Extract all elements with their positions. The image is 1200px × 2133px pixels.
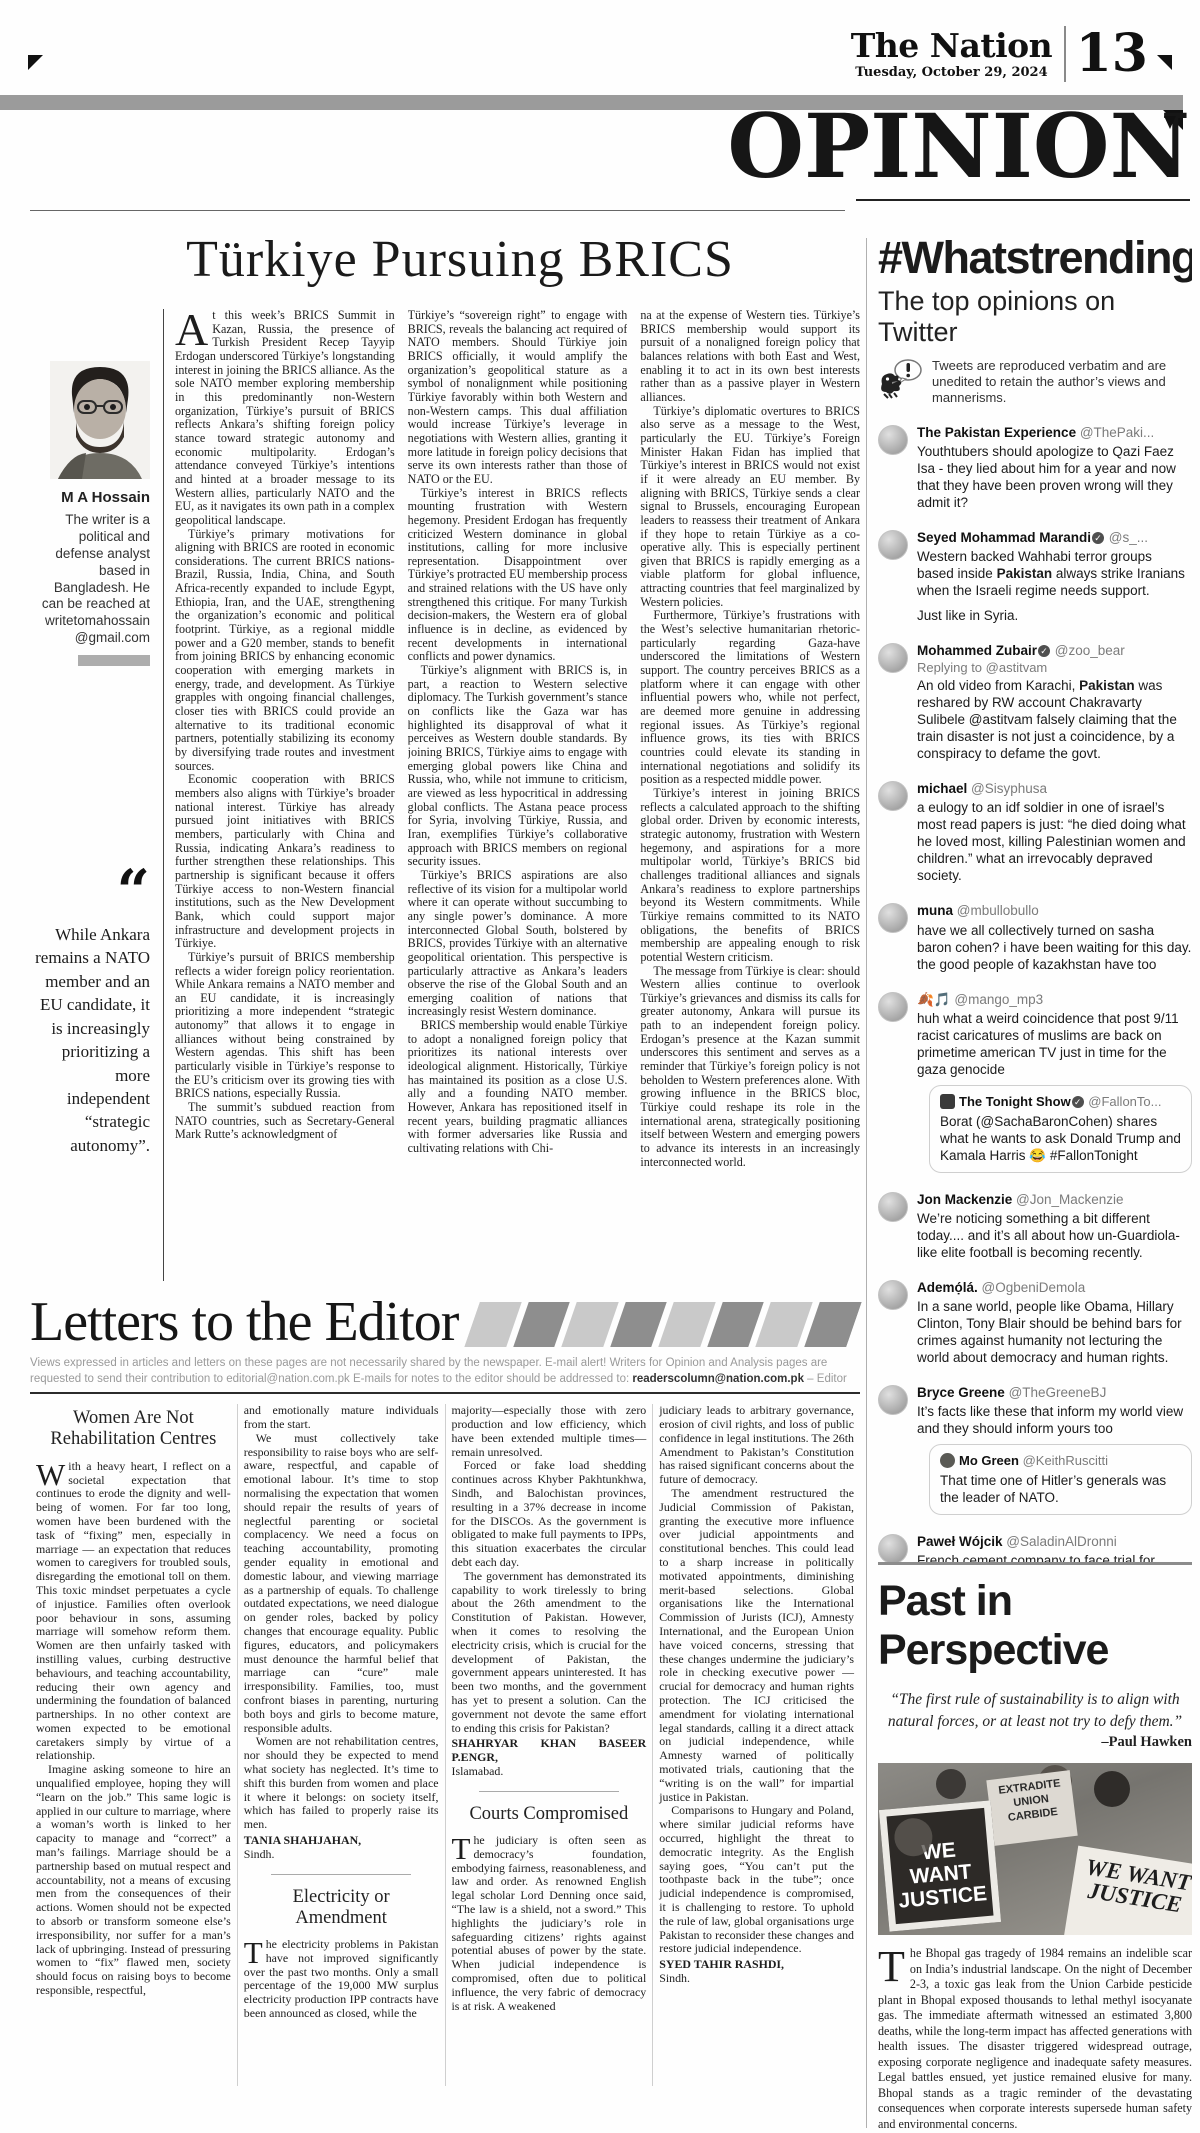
letters-disclaimer: Views expressed in articles and letters … [30,1356,860,1387]
tweet-author-name: 🍂🎵 [917,992,951,1007]
article-column: na at the expense of Western ties. Türki… [640,309,860,1281]
publication-name: The Nation [851,29,1052,62]
stripe [805,1302,862,1347]
letters-column: majority—especially those with zero prod… [445,1404,653,2086]
column-separator-rule [866,238,867,2128]
verified-badge-icon: ✓ [1072,1096,1084,1108]
tweet-content: Seyed Mohammad Marandi✓ @s_...Western ba… [917,530,1192,624]
letter-paragraph: The government has demonstrated its capa… [452,1570,647,1736]
whatstrending-disclaimer: Tweets are reproduced verbatim and are u… [878,358,1192,406]
article-paragraph: Furthermore, Türkiye’s frustrations with… [640,609,860,787]
tweet-handle: @Jon_Mackenzie [1012,1192,1123,1207]
letters-disclaimer-email: readerscolumn@nation.com.pk [632,1373,804,1385]
article-paragraph: At this week’s BRICS Summit in Kazan, Ru… [175,309,395,528]
letter-paragraph: The amendment restructured the Judicial … [659,1487,854,1804]
whatstrending-disclaimer-text: Tweets are reproduced verbatim and are u… [932,358,1192,406]
past-body-text: The Bhopal gas tragedy of 1984 remains a… [878,1946,1192,2128]
section-title: OPINION [727,102,1190,190]
tweet-content: Paweł Wójcik @SaladinAlDronniFrench ceme… [917,1534,1192,1564]
letters-stripe-decoration [465,1302,862,1347]
past-quote-attribution: –Paul Hawken [878,1734,1192,1751]
tweet-handle: @mbullobullo [953,903,1039,918]
quoted-tweet-name-line: The Tonight Show✓ @FallonTo... [940,1094,1181,1109]
verified-badge-icon: ✓ [1092,532,1104,544]
tweet-author-name: Ademọ́lá. [917,1280,978,1295]
letters-column: and emotionally mature individuals from … [237,1404,445,2086]
article-paragraph: Türkiye’s BRICS aspirations are also ref… [408,869,628,1019]
article-top-rule [30,210,845,211]
print-corner-mark-left [28,55,43,70]
tweet-content: The Pakistan Experience @ThePaki...Youth… [917,425,1192,511]
article-paragraph: Türkiye’s pursuit of BRICS membership re… [175,951,395,1101]
article-body: M A Hossain The writer is a political an… [30,309,860,1281]
tweet-handle: @ThePaki... [1076,425,1154,440]
tweet-text: Youthtubers should apologize to Qazi Fae… [917,443,1192,511]
letter-signature-place: Sindh. [659,1972,854,1986]
protest-sign-we-want-justice-2: WE WANT JUSTICE [1063,1846,1192,1935]
avatar [878,1534,908,1564]
tweet: Seyed Mohammad Marandi✓ @s_...Western ba… [878,530,1192,624]
article-paragraph: Türkiye’s primary motivations for aligni… [175,528,395,774]
tweet-text: Western backed Wahhabi terror groups bas… [917,548,1192,599]
article-paragraph: BRICS membership would enable Türkiye to… [408,1019,628,1156]
stripe [708,1302,765,1347]
letter-signature: TANIA SHAHJAHAN, [244,1834,439,1848]
stripe [610,1302,667,1347]
past-title: Past in Perspective [878,1577,1192,1675]
letter-heading: Electricity or Amendment [252,1887,431,1930]
letter-paragraph: With a heavy heart, I reflect on a socie… [36,1460,231,1764]
article-paragraph: Türkiye’s alignment with BRICS is, in pa… [408,664,628,869]
quote-marks-icon: “ [30,874,150,909]
tweet: Ademọ́lá. @OgbeniDemolaIn a sane world, … [878,1280,1192,1366]
avatar [878,992,908,1022]
tweet-content: Bryce Greene @TheGreeneBJIt’s facts like… [917,1385,1192,1515]
tweet: 🍂🎵 @mango_mp3huh what a weird coincidenc… [878,992,1192,1173]
avatar [878,1192,908,1222]
tweet-handle: @zoo_bear [1051,643,1125,658]
article-paragraph: The summit’s subdued reaction from NATO … [175,1101,395,1142]
past-in-perspective-section: Past in Perspective “The first rule of s… [878,1562,1192,2128]
article-paragraph: Economic cooperation with BRICS members … [175,773,395,951]
section-underline [856,199,1190,201]
letter-divider [271,1874,411,1875]
stripe [756,1302,813,1347]
letter-paragraph: Comparisons to Hungary and Poland, where… [659,1804,854,1956]
masthead-divider [1064,26,1066,82]
author-bio: The writer is a political and defense an… [30,512,150,647]
avatar [878,1385,908,1415]
letter-paragraph: Forced or fake load shedding continues a… [452,1459,647,1569]
tweet-name-line: Paweł Wójcik @SaladinAlDronni [917,1534,1192,1550]
tweet: Paweł Wójcik @SaladinAlDronniFrench ceme… [878,1534,1192,1564]
tweet-author-name: Paweł Wójcik [917,1534,1003,1549]
tweet-text: It’s facts like these that inform my wor… [917,1403,1192,1437]
letter-paragraph: The judiciary is often seen as democracy… [452,1834,647,2013]
twitter-bird-icon [878,358,924,400]
author-decorative-bar [78,655,150,666]
tweet-name-line: The Pakistan Experience @ThePaki... [917,425,1192,441]
quoted-tweet: Mo Green @KeithRuscittiThat time one of … [929,1444,1192,1515]
quoted-avatar [940,1453,955,1468]
letters-title: Letters to the Editor [30,1296,458,1349]
protest-sign-extradite: EXTRADITE UNION CARBIDE [986,1771,1077,1847]
tweet-handle: @SaladinAlDronni [1003,1534,1117,1549]
tweet-handle: @s_... [1105,530,1148,545]
stripe [562,1302,619,1347]
letters-disclaimer-post: – Editor [804,1373,847,1385]
pull-quote: “ While Ankara remains a NATO member and… [30,874,150,1157]
article-column: At this week’s BRICS Summit in Kazan, Ru… [163,309,395,1281]
tweet-text: In a sane world, people like Obama, Hill… [917,1298,1192,1366]
tweet-text: An old video from Karachi, Pakistan was … [917,677,1192,762]
letter-signature: SYED TAHIR RASHDI, [659,1958,854,1972]
tweet-content: Jon Mackenzie @Jon_MackenzieWe’re notici… [917,1192,1192,1261]
tweet-author-name: Seyed Mohammad Marandi [917,530,1091,545]
avatar [878,903,908,933]
tweet-name-line: 🍂🎵 @mango_mp3 [917,992,1192,1008]
tweet: Mohammed Zubair✓ @zoo_bearReplying to @a… [878,643,1192,762]
tweet-content: Ademọ́lá. @OgbeniDemolaIn a sane world, … [917,1280,1192,1366]
whatstrending-title: #Whatstrending [878,232,1192,284]
avatar [878,643,908,673]
letters-columns: Women Are Not Rehabilitation CentresWith… [30,1404,860,2086]
article-paragraph: na at the expense of Western ties. Türki… [640,309,860,405]
tweet-author-name: Mohammed Zubair [917,643,1037,658]
masthead: The Nation Tuesday, October 29, 2024 13 [851,26,1148,82]
letter-heading: Courts Compromised [460,1804,639,1825]
tweet-content: muna @mbullobullohave we all collectivel… [917,903,1192,972]
tweet-content: 🍂🎵 @mango_mp3huh what a weird coincidenc… [917,992,1192,1173]
avatar [878,1280,908,1310]
quoted-tweet-text: That time one of Hitler’s generals was t… [940,1472,1181,1506]
pull-quote-text: While Ankara remains a NATO member and a… [30,923,150,1158]
section-tick-mark [1164,116,1176,129]
stripe [513,1302,570,1347]
letter-signature-place: Islamabad. [452,1765,647,1779]
tweet-author-name: muna [917,903,953,918]
avatar [878,781,908,811]
letter-divider [479,1791,619,1792]
drop-cap: T [244,1938,266,1965]
masthead-title-block: The Nation Tuesday, October 29, 2024 [851,29,1052,80]
letter-paragraph: The electricity problems in Pakistan hav… [244,1938,439,2021]
tweet: The Pakistan Experience @ThePaki...Youth… [878,425,1192,511]
tweet-handle: @TheGreeneBJ [1005,1385,1107,1400]
quoted-handle: @KeithRuscitti [1019,1453,1108,1468]
quoted-avatar [940,1094,955,1109]
article-headline: Türkiye Pursuing BRICS [60,230,860,289]
tweet-content: michael @Sisyphusaa eulogy to an idf sol… [917,781,1192,884]
letter-paragraph: judiciary leads to arbitrary governance,… [659,1404,854,1487]
letters-column: Women Are Not Rehabilitation CentresWith… [30,1404,237,2086]
tweet-text: We’re noticing something a bit different… [917,1210,1192,1261]
avatar [878,530,908,560]
tweet-author-name: Jon Mackenzie [917,1192,1012,1207]
tweet-list: The Pakistan Experience @ThePaki...Youth… [878,425,1192,1564]
tweet-handle: @Sisyphusa [967,781,1047,796]
article-column: Türkiye’s “sovereign right” to engage wi… [408,309,628,1281]
avatar [878,425,908,455]
letters-column: judiciary leads to arbitrary governance,… [652,1404,860,2086]
main-article: Türkiye Pursuing BRICS [30,222,860,1281]
tweet: Bryce Greene @TheGreeneBJIt’s facts like… [878,1385,1192,1515]
letter-paragraph: majority—especially those with zero prod… [452,1404,647,1459]
quoted-author-name: The Tonight Show [959,1094,1071,1109]
newspaper-page: The Nation Tuesday, October 29, 2024 13 … [0,0,1200,2133]
drop-cap: W [36,1460,68,1487]
drop-cap: T [452,1834,474,1861]
quoted-tweet: The Tonight Show✓ @FallonTo...Borat (@Sa… [929,1085,1192,1173]
stripe [465,1302,522,1347]
bhopal-protest-photo: EXTRADITE UNION CARBIDE WE WANT JUSTICE … [878,1763,1192,1935]
tweet-name-line: Ademọ́lá. @OgbeniDemola [917,1280,1192,1296]
whatstrending-section: #Whatstrending The top opinions on Twitt… [878,232,1192,1564]
tweet-name-line: Bryce Greene @TheGreeneBJ [917,1385,1192,1401]
letter-signature-place: Sindh. [244,1848,439,1862]
article-paragraph: The message from Türkiye is clear: shoul… [640,965,860,1170]
past-quote: “The first rule of sustainability is to … [882,1689,1188,1732]
tweet-text: have we all collectively turned on sasha… [917,922,1192,973]
publication-date: Tuesday, October 29, 2024 [851,65,1052,80]
whatstrending-subtitle: The top opinions on Twitter [878,286,1192,348]
tweet-author-name: The Pakistan Experience [917,425,1076,440]
letter-paragraph: Imagine asking someone to hire an unqual… [36,1763,231,1998]
quoted-author-name: Mo Green [959,1453,1019,1468]
tweet: muna @mbullobullohave we all collectivel… [878,903,1192,972]
tweet-reply-to: Replying to @astitvam [917,660,1192,675]
past-top-rule [878,1562,1192,1565]
tweet-text: a eulogy to an idf soldier in one of isr… [917,799,1192,884]
tweet-text: Just like in Syria. [917,607,1192,624]
letters-section: Letters to the Editor Views expressed in… [30,1296,860,2086]
tweet-text: huh what a weird coincidence that post 9… [917,1010,1192,1078]
letter-heading: Women Are Not Rehabilitation Centres [44,1408,223,1451]
letters-header: Letters to the Editor [30,1296,860,1349]
tweet-handle: @OgbeniDemola [978,1280,1086,1295]
tweet-name-line: Jon Mackenzie @Jon_Mackenzie [917,1192,1192,1208]
author-name: M A Hossain [30,489,150,506]
tweet: michael @Sisyphusaa eulogy to an idf sol… [878,781,1192,884]
protester-silhouette [1094,1771,1130,1807]
protester-silhouette [936,1769,966,1799]
letters-rule [30,1392,860,1394]
page-number: 13 [1076,28,1148,80]
tweet-name-line: Seyed Mohammad Marandi✓ @s_... [917,530,1192,546]
letter-paragraph: Women are not rehabilitation centres, no… [244,1735,439,1832]
tweet-name-line: Mohammed Zubair✓ @zoo_bear [917,643,1192,659]
author-photo [50,361,150,479]
quoted-tweet-text: Borat (@SachaBaronCohen) shares what he … [940,1113,1181,1164]
tweet: Jon Mackenzie @Jon_MackenzieWe’re notici… [878,1192,1192,1261]
print-corner-mark-right [1157,55,1172,70]
drop-cap: A [175,309,212,348]
quoted-tweet-name-line: Mo Green @KeithRuscitti [940,1453,1181,1468]
tweet-content: Mohammed Zubair✓ @zoo_bearReplying to @a… [917,643,1192,762]
tweet-handle: @mango_mp3 [951,992,1044,1007]
letter-paragraph: and emotionally mature individuals from … [244,1404,439,1432]
drop-cap: T [878,1946,910,1984]
article-paragraph: Türkiye’s “sovereign right” to engage wi… [408,309,628,487]
stripe [659,1302,716,1347]
article-paragraph: Türkiye’s interest in BRICS reflects mou… [408,487,628,665]
article-paragraph: Türkiye’s diplomatic overtures to BRICS … [640,405,860,610]
author-rail: M A Hossain The writer is a political an… [30,309,150,1281]
tweet-author-name: Bryce Greene [917,1385,1005,1400]
author-portrait-illustration [50,361,150,479]
tweet-name-line: michael @Sisyphusa [917,781,1192,797]
tweet-author-name: michael [917,781,967,796]
article-paragraph: Türkiye’s interest in joining BRICS refl… [640,787,860,965]
letter-paragraph: We must collectively take responsibility… [244,1432,439,1736]
quoted-handle: @FallonTo... [1085,1094,1162,1109]
protest-sign-we-want-justice: WE WANT JUSTICE [879,1801,1001,1932]
letter-signature: SHAHRYAR KHAN BASEER P.ENGR, [452,1737,647,1765]
verified-badge-icon: ✓ [1038,645,1050,657]
tweet-name-line: muna @mbullobullo [917,903,1192,919]
